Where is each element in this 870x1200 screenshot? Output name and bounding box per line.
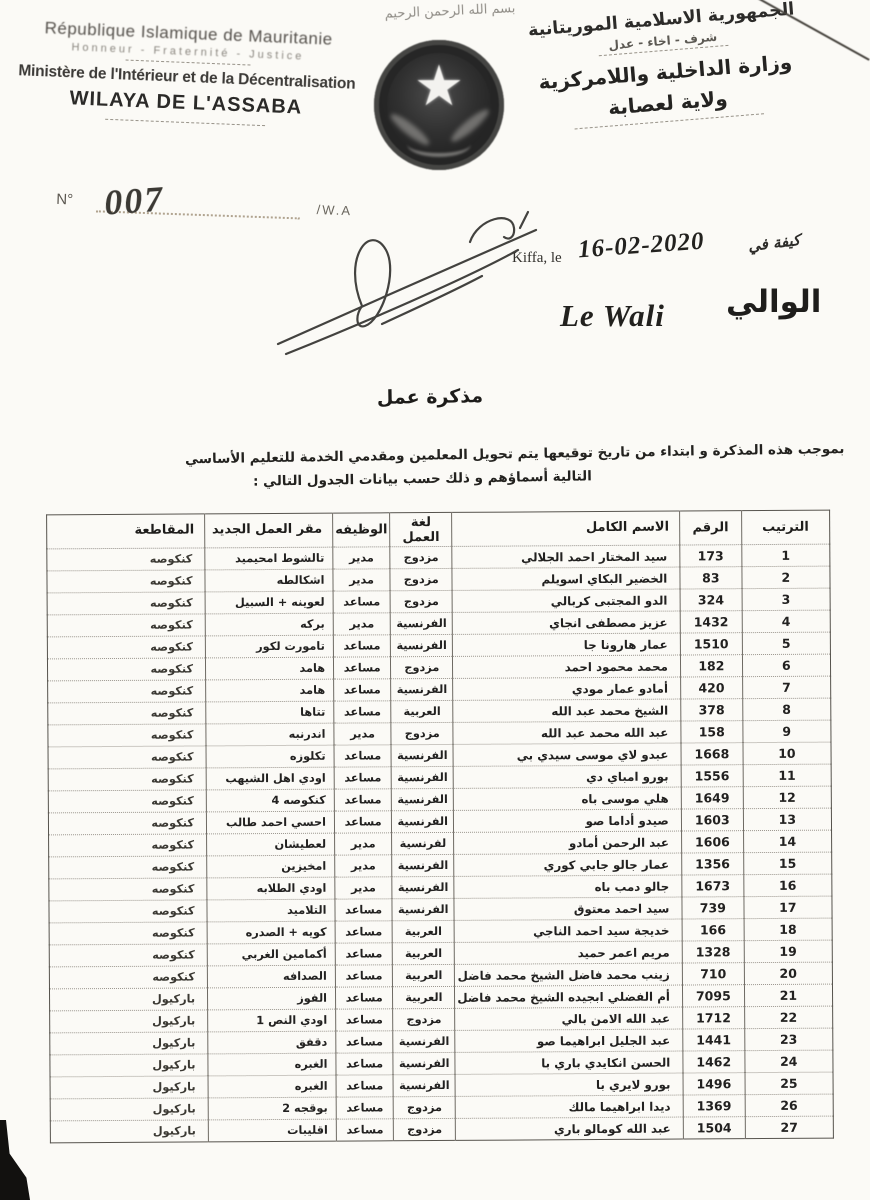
cell-district: باركيول bbox=[50, 1076, 208, 1099]
cell-job: مدير bbox=[335, 833, 392, 855]
cell-rank: 13 bbox=[743, 808, 831, 831]
cell-job: مساعد bbox=[335, 899, 392, 921]
dateline-place-ar: كيفة في bbox=[747, 231, 801, 255]
cell-job: مساعد bbox=[336, 1031, 393, 1053]
cell-work-language: الفرنسية bbox=[392, 810, 454, 832]
cell-new-workplace: احسي احمد طالب bbox=[206, 811, 334, 834]
dashed-divider bbox=[125, 60, 250, 66]
cell-number: 1432 bbox=[680, 611, 742, 633]
cell-number: 420 bbox=[680, 677, 742, 699]
scan-artifact-blob bbox=[0, 1120, 30, 1200]
cell-rank: 18 bbox=[744, 918, 832, 941]
header-job: الوظيفه bbox=[333, 513, 390, 547]
cell-rank: 19 bbox=[744, 940, 832, 963]
cell-rank: 8 bbox=[743, 698, 831, 721]
cell-number: 739 bbox=[682, 897, 744, 919]
cell-full-name: جالو دمب باه bbox=[454, 875, 682, 898]
cell-job: مساعد bbox=[336, 1053, 393, 1075]
cell-work-language: الفرنسية bbox=[390, 612, 452, 634]
cell-work-language: الفرنسية bbox=[392, 898, 454, 920]
transfer-table-body: 1173سيد المختار احمد الجلاليمزدوجمديرتال… bbox=[47, 544, 833, 1143]
ref-number-handwritten: 007 bbox=[103, 178, 166, 224]
cell-work-language: العربية bbox=[392, 942, 454, 964]
cell-number: 1462 bbox=[683, 1051, 745, 1073]
cell-district: باركيول bbox=[50, 1010, 208, 1033]
cell-full-name: عبدو لاي موسى سيدي بي bbox=[453, 743, 681, 766]
cell-rank: 25 bbox=[745, 1072, 833, 1095]
cell-district: كنكوصه bbox=[47, 592, 205, 615]
cell-number: 1673 bbox=[682, 875, 744, 897]
cell-work-language: مزدوج bbox=[390, 568, 452, 590]
cell-job: مساعد bbox=[333, 635, 390, 657]
cell-job: مساعد bbox=[334, 679, 391, 701]
cell-rank: 27 bbox=[745, 1116, 833, 1139]
cell-district: باركيول bbox=[49, 988, 207, 1011]
cell-new-workplace: هامد bbox=[205, 657, 333, 680]
letterhead-french: République Islamique de Mauritanie Honne… bbox=[0, 16, 382, 134]
header-number: الرقم bbox=[679, 511, 741, 545]
cell-rank: 3 bbox=[742, 588, 830, 611]
cell-work-language: الفرنسية bbox=[392, 854, 454, 876]
cell-number: 158 bbox=[681, 721, 743, 743]
cell-job: مدير bbox=[333, 547, 390, 569]
cell-full-name: عزيز مصطفى انجاي bbox=[452, 611, 680, 634]
cell-number: 1496 bbox=[683, 1073, 745, 1095]
cell-full-name: عبد الرحمن أمادو bbox=[454, 831, 682, 854]
wali-signature bbox=[272, 206, 544, 358]
cell-job: مساعد bbox=[335, 987, 392, 1009]
cell-rank: 26 bbox=[745, 1094, 833, 1117]
cell-new-workplace: دقفق bbox=[208, 1031, 336, 1054]
cell-district: كنكوصه bbox=[48, 702, 206, 725]
cell-work-language: الفرنسية bbox=[392, 876, 454, 898]
table-header-row: الترتيب الرقم الاسم الكامل لغة العمل الو… bbox=[47, 510, 830, 549]
cell-work-language: الفرنسية bbox=[391, 634, 453, 656]
cell-number: 173 bbox=[680, 545, 742, 567]
cell-job: مساعد bbox=[335, 943, 392, 965]
cell-work-language: مزدوج bbox=[393, 1008, 455, 1030]
cell-number: 1441 bbox=[683, 1029, 745, 1051]
cell-rank: 21 bbox=[744, 984, 832, 1007]
cell-full-name: صيدو أداما صو bbox=[454, 809, 682, 832]
cell-district: كنكوصه bbox=[49, 900, 207, 923]
cell-full-name: عبد الله الامن بالي bbox=[455, 1007, 683, 1030]
cell-new-workplace: امخيزين bbox=[207, 855, 335, 878]
cell-work-language: الفرنسية bbox=[391, 678, 453, 700]
cell-work-language: مزدوج bbox=[391, 656, 453, 678]
table-row: 271504عبد الله كومالو باريمزدوجمساعداقلي… bbox=[50, 1116, 833, 1143]
cell-district: كنكوصه bbox=[47, 548, 205, 571]
cell-new-workplace: الغبره bbox=[208, 1075, 336, 1098]
cell-rank: 17 bbox=[744, 896, 832, 919]
cell-new-workplace: اندرنبه bbox=[206, 723, 334, 746]
cell-job: مساعد bbox=[334, 767, 391, 789]
cell-district: كنكوصه bbox=[49, 922, 207, 945]
cell-district: باركيول bbox=[50, 1054, 208, 1077]
cell-work-language: العربية bbox=[392, 920, 454, 942]
cell-district: باركيول bbox=[50, 1032, 208, 1055]
cell-number: 1606 bbox=[681, 831, 743, 853]
cell-work-language: الفرنسية bbox=[391, 766, 453, 788]
cell-new-workplace: اقليبات bbox=[208, 1119, 336, 1142]
signatory-title-ar: الوالي bbox=[726, 284, 821, 320]
cell-rank: 11 bbox=[743, 764, 831, 787]
cell-new-workplace: اودي النص 1 bbox=[208, 1009, 336, 1032]
cell-full-name: عمار جالو جابي كوري bbox=[454, 853, 682, 876]
cell-rank: 15 bbox=[743, 852, 831, 875]
cell-new-workplace: تكلوزه bbox=[206, 745, 334, 768]
cell-number: 378 bbox=[681, 699, 743, 721]
cell-rank: 1 bbox=[742, 544, 830, 567]
header-district: المقاطعة bbox=[47, 514, 205, 549]
cell-full-name: خديجة سيد احمد الناجي bbox=[454, 919, 682, 942]
cell-rank: 14 bbox=[743, 830, 831, 853]
cell-new-workplace: الصدافه bbox=[207, 965, 335, 988]
cell-full-name: عبد الجليل ابراهيما صو bbox=[455, 1029, 683, 1052]
cell-work-language: الفرنسية bbox=[392, 788, 454, 810]
cell-work-language: الفرنسية bbox=[393, 1052, 455, 1074]
cell-job: مساعد bbox=[335, 965, 392, 987]
cell-job: مساعد bbox=[333, 657, 390, 679]
cell-new-workplace: تالشوط امحيميد bbox=[205, 547, 333, 570]
cell-full-name: هلي موسى باه bbox=[454, 787, 682, 810]
header-new-workplace: مقر العمل الجديد bbox=[205, 513, 333, 548]
cell-job: مساعد bbox=[336, 1075, 393, 1097]
cell-work-language: الفرنسية bbox=[393, 1030, 455, 1052]
cell-number: 1510 bbox=[680, 633, 742, 655]
cell-work-language: الفرنسية bbox=[391, 744, 453, 766]
cell-full-name: مريم اعمر حميد bbox=[454, 941, 682, 964]
header-work-language: لغة العمل bbox=[390, 512, 452, 546]
cell-new-workplace: اشكالطه bbox=[205, 569, 333, 592]
dashed-divider bbox=[105, 119, 265, 126]
cell-full-name: الخضير البكاي اسويلم bbox=[452, 567, 680, 590]
cell-new-workplace: هامد bbox=[206, 679, 334, 702]
cell-rank: 22 bbox=[744, 1006, 832, 1029]
cell-rank: 20 bbox=[744, 962, 832, 985]
cell-full-name: أم الفضلي ابجيده الشيخ محمد فاضل bbox=[455, 985, 683, 1008]
cell-rank: 6 bbox=[742, 654, 830, 677]
memo-title: مذكرة عمل bbox=[0, 378, 860, 415]
cell-work-language: مزدوج bbox=[390, 590, 452, 612]
cell-number: 1356 bbox=[681, 853, 743, 875]
cell-work-language: العربية bbox=[391, 700, 453, 722]
cell-rank: 16 bbox=[744, 874, 832, 897]
cell-new-workplace: كنكوصه 4 bbox=[206, 789, 334, 812]
cell-number: 83 bbox=[680, 567, 742, 589]
cell-number: 1328 bbox=[682, 941, 744, 963]
cell-new-workplace: بوقجه 2 bbox=[208, 1097, 336, 1120]
cell-rank: 10 bbox=[743, 742, 831, 765]
cell-job: مساعد bbox=[334, 789, 391, 811]
cell-work-language: لفرنسية bbox=[392, 832, 454, 854]
cell-district: باركيول bbox=[50, 1120, 208, 1143]
cell-full-name: محمد محمود احمد bbox=[453, 655, 681, 678]
cell-number: 182 bbox=[680, 655, 742, 677]
cell-rank: 24 bbox=[745, 1050, 833, 1073]
header-rank: الترتيب bbox=[741, 510, 829, 545]
cell-work-language: العربية bbox=[393, 964, 455, 986]
cell-number: 1369 bbox=[683, 1095, 745, 1117]
cell-new-workplace: تتاها bbox=[206, 701, 334, 724]
cell-district: كنكوصه bbox=[47, 636, 205, 659]
cell-full-name: بورو لايري با bbox=[455, 1073, 683, 1096]
cell-new-workplace: أكمامين الغربي bbox=[207, 943, 335, 966]
cell-full-name: سيد المختار احمد الجلالي bbox=[452, 545, 680, 568]
cell-new-workplace: اودي الطلابه bbox=[207, 877, 335, 900]
cell-district: باركيول bbox=[50, 1098, 208, 1121]
cell-district: كنكوصه bbox=[48, 680, 206, 703]
cell-new-workplace: لعطيشان bbox=[207, 833, 335, 856]
cell-number: 1504 bbox=[683, 1117, 745, 1139]
cell-new-workplace: كويه + الصدره bbox=[207, 921, 335, 944]
cell-new-workplace: الغبره bbox=[208, 1053, 336, 1076]
cell-job: مدير bbox=[335, 877, 392, 899]
cell-number: 1668 bbox=[681, 743, 743, 765]
cell-work-language: مزدوج bbox=[390, 546, 452, 568]
cell-job: مدير bbox=[334, 723, 391, 745]
cell-rank: 7 bbox=[742, 676, 830, 699]
cell-rank: 12 bbox=[743, 786, 831, 809]
cell-district: كنكوصه bbox=[48, 812, 206, 835]
cell-full-name: ديدا ابراهيما مالك bbox=[455, 1095, 683, 1118]
cell-work-language: الفرنسية bbox=[393, 1074, 455, 1096]
cell-district: كنكوصه bbox=[48, 724, 206, 747]
cell-job: مساعد bbox=[334, 745, 391, 767]
header-full-name: الاسم الكامل bbox=[452, 511, 680, 546]
cell-new-workplace: اودي اهل الشيهب bbox=[206, 767, 334, 790]
cell-rank: 23 bbox=[745, 1028, 833, 1051]
cell-job: مساعد bbox=[336, 1097, 393, 1119]
cell-rank: 4 bbox=[742, 610, 830, 633]
cell-rank: 2 bbox=[742, 566, 830, 589]
signatory-title-fr: Le Wali bbox=[560, 298, 665, 334]
cell-district: كنكوصه bbox=[48, 768, 206, 791]
cell-rank: 5 bbox=[742, 632, 830, 655]
cell-number: 1556 bbox=[681, 765, 743, 787]
cell-rank: 9 bbox=[743, 720, 831, 743]
cell-full-name: زينب محمد فاضل الشيخ محمد فاضل bbox=[455, 963, 683, 986]
ref-prefix: N° bbox=[56, 191, 73, 209]
cell-job: مدير bbox=[333, 569, 390, 591]
cell-full-name: أمادو عمار مودي bbox=[453, 677, 681, 700]
star-icon: ★ bbox=[414, 59, 464, 115]
cell-district: كنكوصه bbox=[49, 966, 207, 989]
cell-district: كنكوصه bbox=[47, 570, 205, 593]
cell-full-name: الشيخ محمد عبد الله bbox=[453, 699, 681, 722]
crescent-icon bbox=[407, 127, 471, 157]
cell-number: 324 bbox=[680, 589, 742, 611]
cell-number: 1712 bbox=[682, 1007, 744, 1029]
cell-job: مدير bbox=[335, 855, 392, 877]
cell-district: كنكوصه bbox=[49, 834, 207, 857]
cell-district: كنكوصه bbox=[48, 746, 206, 769]
cell-number: 1649 bbox=[681, 787, 743, 809]
transfer-table-wrap: الترتيب الرقم الاسم الكامل لغة العمل الو… bbox=[46, 510, 834, 1144]
cell-district: كنكوصه bbox=[49, 856, 207, 879]
cell-work-language: مزدوج bbox=[393, 1096, 455, 1118]
cell-full-name: سيد احمد معتوق bbox=[454, 897, 682, 920]
dateline-date-handwritten: 16-02-2020 bbox=[577, 228, 705, 265]
cell-number: 7095 bbox=[682, 985, 744, 1007]
cell-full-name: عبد الله محمد عبد الله bbox=[453, 721, 681, 744]
body-paragraph-line2: التالية أسماؤهم و ذلك حسب بيانات الجدول … bbox=[253, 468, 592, 489]
cell-full-name: الحسن انكايدي باري با bbox=[455, 1051, 683, 1074]
body-paragraph-line1: بموجب هذه المذكرة و ابتداء من تاريخ توقي… bbox=[185, 441, 845, 467]
cell-job: مساعد bbox=[336, 1119, 393, 1141]
cell-district: كنكوصه bbox=[47, 614, 205, 637]
cell-new-workplace: بركه bbox=[205, 613, 333, 636]
cell-number: 1603 bbox=[681, 809, 743, 831]
scanned-memo-page: بسم الله الرحمن الرحيم République Islami… bbox=[0, 0, 870, 1200]
cell-new-workplace: الفوز bbox=[207, 987, 335, 1010]
cell-work-language: مزدوج bbox=[394, 1118, 456, 1140]
cell-full-name: عبد الله كومالو باري bbox=[456, 1117, 684, 1140]
cell-number: 166 bbox=[682, 919, 744, 941]
cell-job: مدير bbox=[333, 613, 390, 635]
cell-full-name: بورو امباي دي bbox=[453, 765, 681, 788]
transfer-table: الترتيب الرقم الاسم الكامل لغة العمل الو… bbox=[46, 510, 834, 1144]
dateline-place-fr: Kiffa, le bbox=[512, 250, 562, 267]
cell-job: مساعد bbox=[333, 591, 390, 613]
cell-new-workplace: تامورت لكور bbox=[205, 635, 333, 658]
cell-district: كنكوصه bbox=[48, 790, 206, 813]
cell-job: مساعد bbox=[334, 811, 391, 833]
cell-job: مساعد bbox=[335, 921, 392, 943]
cell-district: كنكوصه bbox=[47, 658, 205, 681]
cell-job: مساعد bbox=[336, 1009, 393, 1031]
cell-job: مساعد bbox=[334, 701, 391, 723]
cell-full-name: عمار هارونا جا bbox=[453, 633, 681, 656]
cell-work-language: العربية bbox=[393, 986, 455, 1008]
cell-new-workplace: لعوينه + السبيل bbox=[205, 591, 333, 614]
cell-full-name: الدو المجتبى كربالي bbox=[452, 589, 680, 612]
cell-district: كنكوصه bbox=[49, 878, 207, 901]
cell-new-workplace: التلاميد bbox=[207, 899, 335, 922]
cell-work-language: مزدوج bbox=[391, 722, 453, 744]
cell-district: كنكوصه bbox=[49, 944, 207, 967]
cell-number: 710 bbox=[682, 963, 744, 985]
